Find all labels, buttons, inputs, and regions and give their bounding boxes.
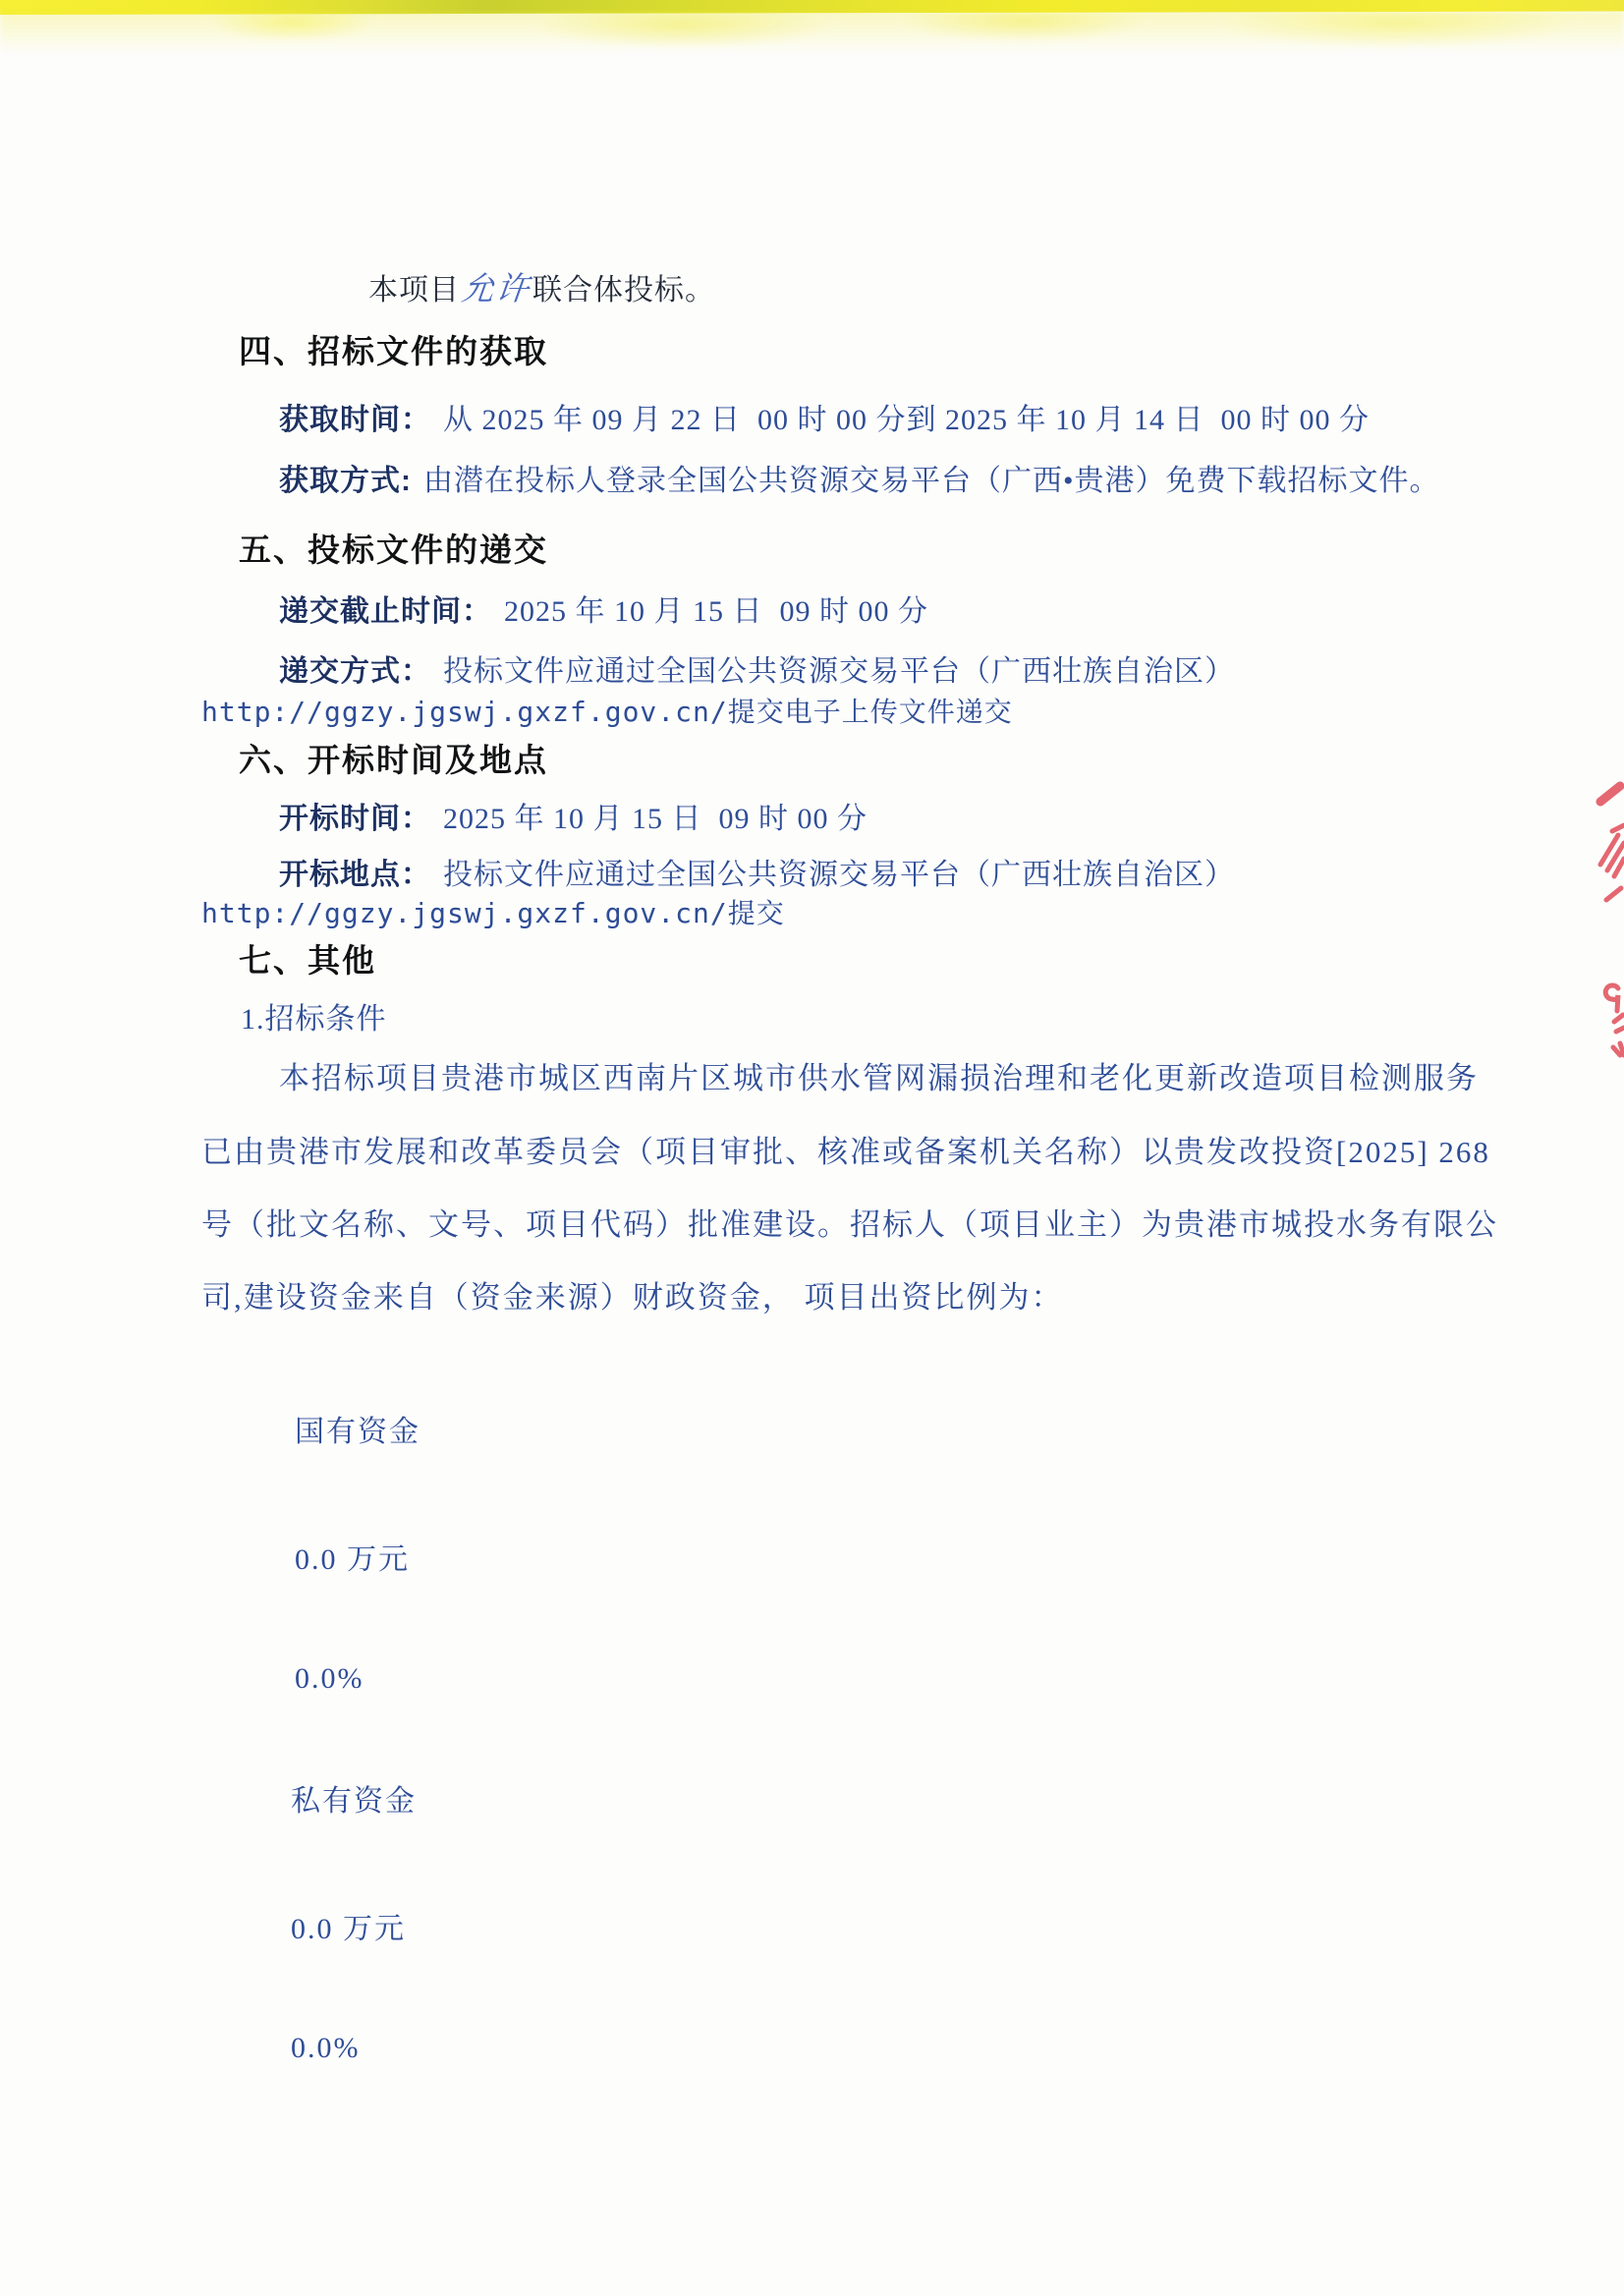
submit-deadline-label: 递交截止时间：: [279, 595, 492, 628]
state-fund-percent: 0.0%: [295, 1662, 364, 1696]
tender-condition-item: 1.招标条件: [241, 994, 387, 1037]
intro-prefix: 本项目: [368, 274, 460, 307]
condition-paragraph-line1: 本招标项目贵港市城区西南片区城市供水管网漏损治理和老化更新改造项目检测服务: [279, 1053, 1479, 1097]
highlighter-bleed: [0, 12, 1624, 66]
submit-deadline-row: 递交截止时间：2025 年 10 月 15 日 09 时 00 分: [279, 587, 928, 630]
private-fund-label: 私有资金: [291, 1776, 417, 1820]
section-heading-6: 六、开标时间及地点: [239, 735, 548, 781]
open-time-row: 开标时间：2025 年 10 月 15 日 09 时 00 分: [279, 794, 868, 837]
submit-method-label: 递交方式：: [279, 655, 431, 688]
section-heading-7: 七、其他: [239, 935, 376, 981]
state-fund-amount: 0.0 万元: [295, 1535, 410, 1578]
private-fund-percent: 0.0%: [291, 2032, 361, 2065]
red-stamp-fragment-icon: [1595, 774, 1624, 1069]
state-fund-label: 国有资金: [295, 1407, 420, 1450]
acquire-time-row: 获取时间：从 2025 年 09 月 22 日 00 时 00 分到 2025 …: [279, 395, 1370, 438]
acquire-time-value: 从 2025 年 09 月 22 日 00 时 00 分到 2025 年 10 …: [443, 404, 1370, 436]
private-fund-amount: 0.0 万元: [291, 1904, 406, 1947]
open-place-value: 投标文件应通过全国公共资源交易平台（广西壮族自治区）: [443, 859, 1235, 891]
acquire-time-label: 获取时间：: [279, 404, 431, 436]
submit-url-text: http://ggzy.jgswj.gxzf.gov.cn/提交电子上传文件递交: [201, 691, 1013, 730]
intro-line: 本项目允许联合体投标。: [368, 263, 715, 309]
acquire-method-row: 获取方式:由潜在投标人登录全国公共资源交易平台（广西•贵港）免费下载招标文件。: [279, 456, 1440, 499]
section-heading-5: 五、投标文件的递交: [239, 525, 548, 571]
section-heading-4: 四、招标文件的获取: [239, 326, 548, 372]
acquire-method-label: 获取方式:: [279, 465, 412, 497]
open-time-label: 开标时间：: [279, 803, 431, 835]
intro-suffix: 联合体投标。: [532, 274, 715, 307]
open-url-text: http://ggzy.jgswj.gxzf.gov.cn/提交: [201, 892, 785, 931]
acquire-method-value: 由潜在投标人登录全国公共资源交易平台（广西•贵港）免费下载招标文件。: [423, 465, 1440, 497]
document-page: 本项目允许联合体投标。 四、招标文件的获取 获取时间：从 2025 年 09 月…: [0, 0, 1624, 2296]
open-place-row: 开标地点：投标文件应通过全国公共资源交易平台（广西壮族自治区）: [279, 850, 1235, 893]
condition-paragraph-line4: 司,建设资金来自（资金来源）财政资金， 项目出资比例为：: [201, 1272, 1064, 1316]
submit-deadline-value: 2025 年 10 月 15 日 09 时 00 分: [504, 595, 928, 628]
open-time-value: 2025 年 10 月 15 日 09 时 00 分: [443, 803, 868, 835]
condition-paragraph-line2: 已由贵港市发展和改革委员会（项目审批、核准或备案机关名称）以贵发改投资[2025…: [201, 1127, 1490, 1171]
submit-method-row: 递交方式：投标文件应通过全国公共资源交易平台（广西壮族自治区）: [279, 646, 1235, 690]
permit-handwritten-text: 允许: [460, 263, 533, 309]
submit-method-value: 投标文件应通过全国公共资源交易平台（广西壮族自治区）: [443, 655, 1235, 688]
open-place-label: 开标地点：: [279, 859, 431, 891]
condition-paragraph-line3: 号（批文名称、文号、项目代码）批准建设。招标人（项目业主）为贵港市城投水务有限公: [201, 1200, 1498, 1244]
